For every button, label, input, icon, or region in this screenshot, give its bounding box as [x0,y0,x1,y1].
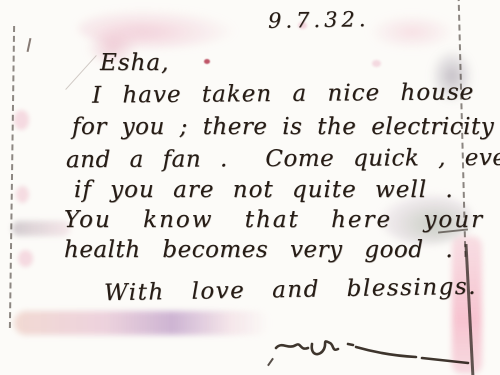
stain-speck-left-3 [18,250,33,267]
stain-pink-top-right [368,14,456,50]
stain-smudge-left-mid [12,221,70,236]
handwritten-letter-scan: 9.7.32. Esha, I have taken a nice house … [0,0,500,375]
paper-edge-left [9,26,15,328]
letter-body-line: health becomes very good . [64,237,453,263]
letter-body-line: I have taken a nice house [92,79,475,108]
stray-ink-mark-left [27,38,32,52]
letter-body-line: for you ; there is the electricity [72,114,494,140]
red-ink-speck [204,59,210,64]
signature-scrawl [272,330,472,370]
letter-body-line: if you are not quite well . [74,177,454,203]
pink-speck-right [372,60,381,67]
stain-pink-top [78,8,238,48]
stain-purple-band-bottom [14,311,270,335]
letter-body-line: and a fan . Come quick , even [66,145,500,173]
letter-salutation: Esha, [100,50,169,76]
stain-speck-left-2 [16,186,29,203]
stain-speck-left-1 [14,110,29,130]
letter-body-line: You know that here your [64,207,484,233]
letter-closing: With love and blessings. [104,274,477,307]
letter-date: 9.7.32. [268,7,370,33]
